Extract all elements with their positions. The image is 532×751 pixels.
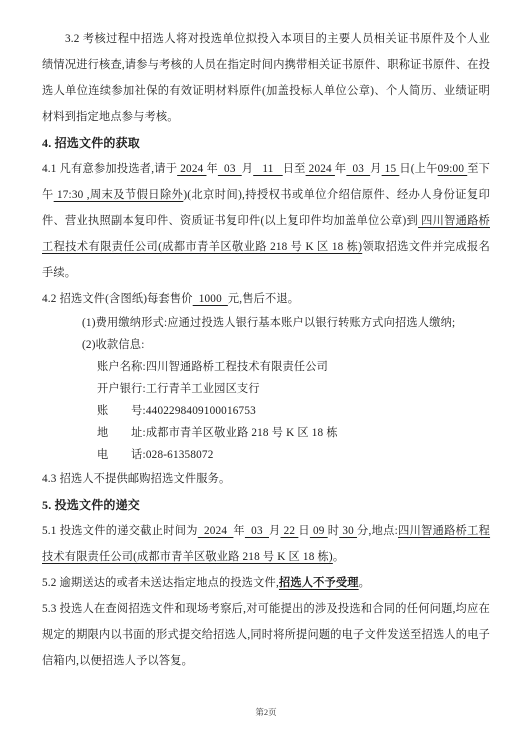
text-run: 4.3 招选人不提供邮购招选文件服务。 bbox=[42, 473, 230, 485]
text-run: 账 号:4402298409100016753 bbox=[97, 405, 256, 417]
document-page: 3.2 考核过程中招选人将对投选单位拟投入本项目的主要人员相关证书原件及个人业绩… bbox=[0, 0, 532, 751]
text-run: 账户名称:四川智通路桥工程技术有限责任公司 bbox=[97, 361, 328, 373]
filled-blank-text: 2024 bbox=[198, 525, 234, 537]
text-run: 5. 投选文件的递交 bbox=[42, 498, 140, 512]
text-run: 月 bbox=[269, 525, 281, 537]
text-run: 时 bbox=[328, 525, 340, 537]
filled-blank-text: 11 bbox=[253, 163, 283, 175]
text-run: 。 bbox=[359, 577, 370, 589]
bank-detail-line: 地 址:成都市青羊区敬业路 218 号 K 区 18 栋 bbox=[97, 422, 490, 444]
text-run: 4.2 招选文件(含图纸)每套售价 bbox=[42, 293, 193, 305]
filled-blank-text: 22 bbox=[281, 525, 299, 537]
bank-detail-line: 电 话:028-61358072 bbox=[97, 444, 490, 466]
text-run: 年 bbox=[206, 163, 217, 175]
text-run: 年 bbox=[335, 163, 346, 175]
text-run: 开户银行:工行青羊工业园区支行 bbox=[97, 383, 260, 395]
text-run: 。 bbox=[333, 551, 344, 563]
paragraph: 5.3 投选人在查阅招选文件和现场考察后,对可能提出的涉及投选和合同的任何问题,… bbox=[42, 596, 490, 674]
text-run: 日至 bbox=[283, 163, 306, 175]
text-run: 分,地点: bbox=[357, 525, 398, 537]
filled-blank-text: 15 bbox=[382, 163, 400, 175]
text-run: 招选人不予受理 bbox=[279, 577, 359, 589]
bank-detail-line: 账 号:4402298409100016753 bbox=[97, 400, 490, 422]
paragraph: 5.1 投选文件的递交截止时间为 2024 年 03 月 22 日 09 时 3… bbox=[42, 518, 490, 570]
text-run: 年 bbox=[233, 525, 245, 537]
filled-blank-text: 03 bbox=[245, 525, 269, 537]
text-run: 5.2 逾期送达的或者未送达指定地点的投选文件, bbox=[42, 577, 279, 589]
bank-detail-line: 开户银行:工行青羊工业园区支行 bbox=[97, 378, 490, 400]
text-run: 4. 招选文件的获取 bbox=[42, 136, 140, 150]
section-heading: 5. 投选文件的递交 bbox=[42, 492, 490, 518]
filled-blank-text: 09:00 bbox=[438, 163, 468, 175]
filled-blank-text: 2024 bbox=[177, 163, 206, 175]
text-run: 地 址:成都市青羊区敬业路 218 号 K 区 18 栋 bbox=[97, 427, 338, 439]
paragraph: 4.2 招选文件(含图纸)每套售价 1000 元,售后不退。 bbox=[42, 286, 490, 312]
page-number: 第2页 bbox=[255, 707, 276, 717]
sub-list-item: (2)收款信息: bbox=[82, 334, 490, 356]
text-run: (1)费用缴纳形式:应通过投选人银行基本账户以银行转账方式向招选人缴纳; bbox=[82, 317, 455, 329]
text-run: 日(上午 bbox=[399, 163, 437, 175]
paragraph: 3.2 考核过程中招选人将对投选单位拟投入本项目的主要人员相关证书原件及个人业绩… bbox=[42, 26, 490, 130]
document-content: 3.2 考核过程中招选人将对投选单位拟投入本项目的主要人员相关证书原件及个人业绩… bbox=[42, 26, 490, 674]
bank-detail-line: 账户名称:四川智通路桥工程技术有限责任公司 bbox=[97, 356, 490, 378]
paragraph: 5.2 逾期送达的或者未送达指定地点的投选文件,招选人不予受理。 bbox=[42, 570, 490, 596]
filled-blank-text: 30 bbox=[339, 525, 357, 537]
section-heading: 4. 招选文件的获取 bbox=[42, 130, 490, 156]
text-run: 月 bbox=[370, 163, 381, 175]
filled-blank-text: 17:30 ,周末及节假日除外 bbox=[54, 189, 184, 201]
text-run: 5.3 投选人在查阅招选文件和现场考察后,对可能提出的涉及投选和合同的任何问题,… bbox=[42, 603, 490, 667]
filled-blank-text: 03 bbox=[346, 163, 370, 175]
text-run: 日 bbox=[298, 525, 310, 537]
text-run: 元,售后不退。 bbox=[228, 293, 299, 305]
text-run: 4.1 凡有意参加投选者,请于 bbox=[42, 163, 177, 175]
paragraph: 4.1 凡有意参加投选者,请于 2024 年 03 月 11 日至 2024 年… bbox=[42, 156, 490, 286]
text-run: (2)收款信息: bbox=[82, 339, 145, 351]
paragraph: 4.3 招选人不提供邮购招选文件服务。 bbox=[42, 466, 490, 492]
filled-blank-text: 03 bbox=[218, 163, 242, 175]
text-run: 5.1 投选文件的递交截止时间为 bbox=[42, 525, 198, 537]
filled-blank-text: 09 bbox=[310, 525, 328, 537]
text-run: 月 bbox=[242, 163, 253, 175]
sub-list-item: (1)费用缴纳形式:应通过投选人银行基本账户以银行转账方式向招选人缴纳; bbox=[82, 312, 490, 334]
filled-blank-text: 2024 bbox=[306, 163, 335, 175]
filled-blank-text: 1000 bbox=[193, 293, 228, 305]
text-run: 电 话:028-61358072 bbox=[97, 449, 214, 461]
page-footer: 第2页 bbox=[0, 705, 532, 719]
text-run: 3.2 考核过程中招选人将对投选单位拟投入本项目的主要人员相关证书原件及个人业绩… bbox=[42, 33, 490, 123]
